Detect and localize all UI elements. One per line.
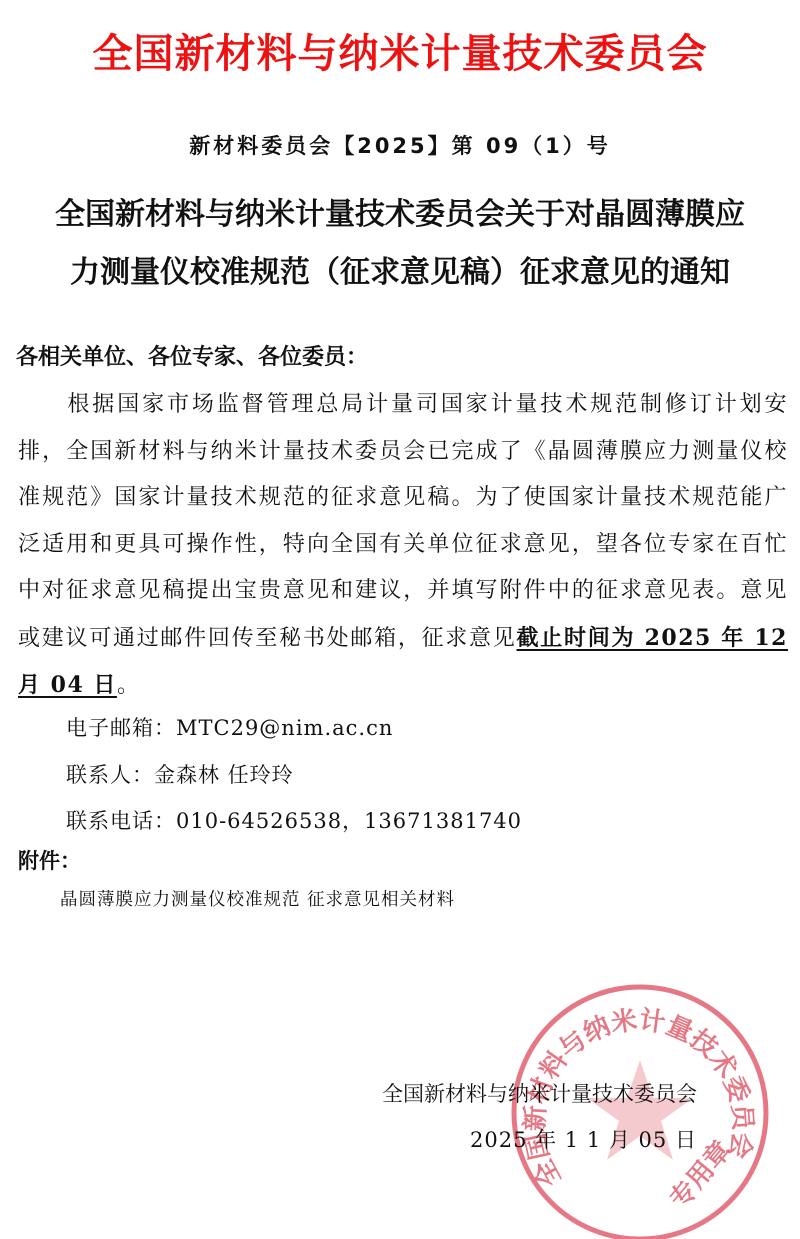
official-seal-stamp: 全国新材料与纳米计量技术委员会 专用章 [507,980,773,1239]
document-number: 新材料委员会【2025】第 09（1）号 [0,130,800,160]
body-paragraph: 根据国家市场监督管理总局计量司国家计量技术规范制修订计划安排，全国新材料与纳米计… [18,382,788,710]
org-header-title: 全国新材料与纳米计量技术委员会 [0,22,800,79]
signature-date: 2025 年 1 1 月 05 日 [470,1124,697,1154]
notice-title-line-2: 力测量仪校准规范（征求意见稿）征求意见的通知 [12,244,788,302]
attachment-label: 附件： [18,845,81,875]
body-main-text: 根据国家市场监督管理总局计量司国家计量技术规范制修订计划安排，全国新材料与纳米计… [18,392,788,651]
attachment-item[interactable]: 晶圆薄膜应力测量仪校准规范 征求意见相关材料 [60,886,455,911]
deadline-period: 。 [117,673,141,698]
contact-email: 电子邮箱：MTC29@nim.ac.cn [66,712,393,742]
notice-title-line-1: 全国新材料与纳米计量技术委员会关于对晶圆薄膜应 [12,186,788,244]
signature-organization: 全国新材料与纳米计量技术委员会 [382,1078,697,1108]
contact-phone: 联系电话：010-64526538，13671381740 [66,805,522,835]
salutation: 各相关单位、各位专家、各位委员： [16,340,368,371]
notice-title: 全国新材料与纳米计量技术委员会关于对晶圆薄膜应 力测量仪校准规范（征求意见稿）征… [12,186,788,302]
contact-person: 联系人：金森林 任玲玲 [66,759,294,789]
